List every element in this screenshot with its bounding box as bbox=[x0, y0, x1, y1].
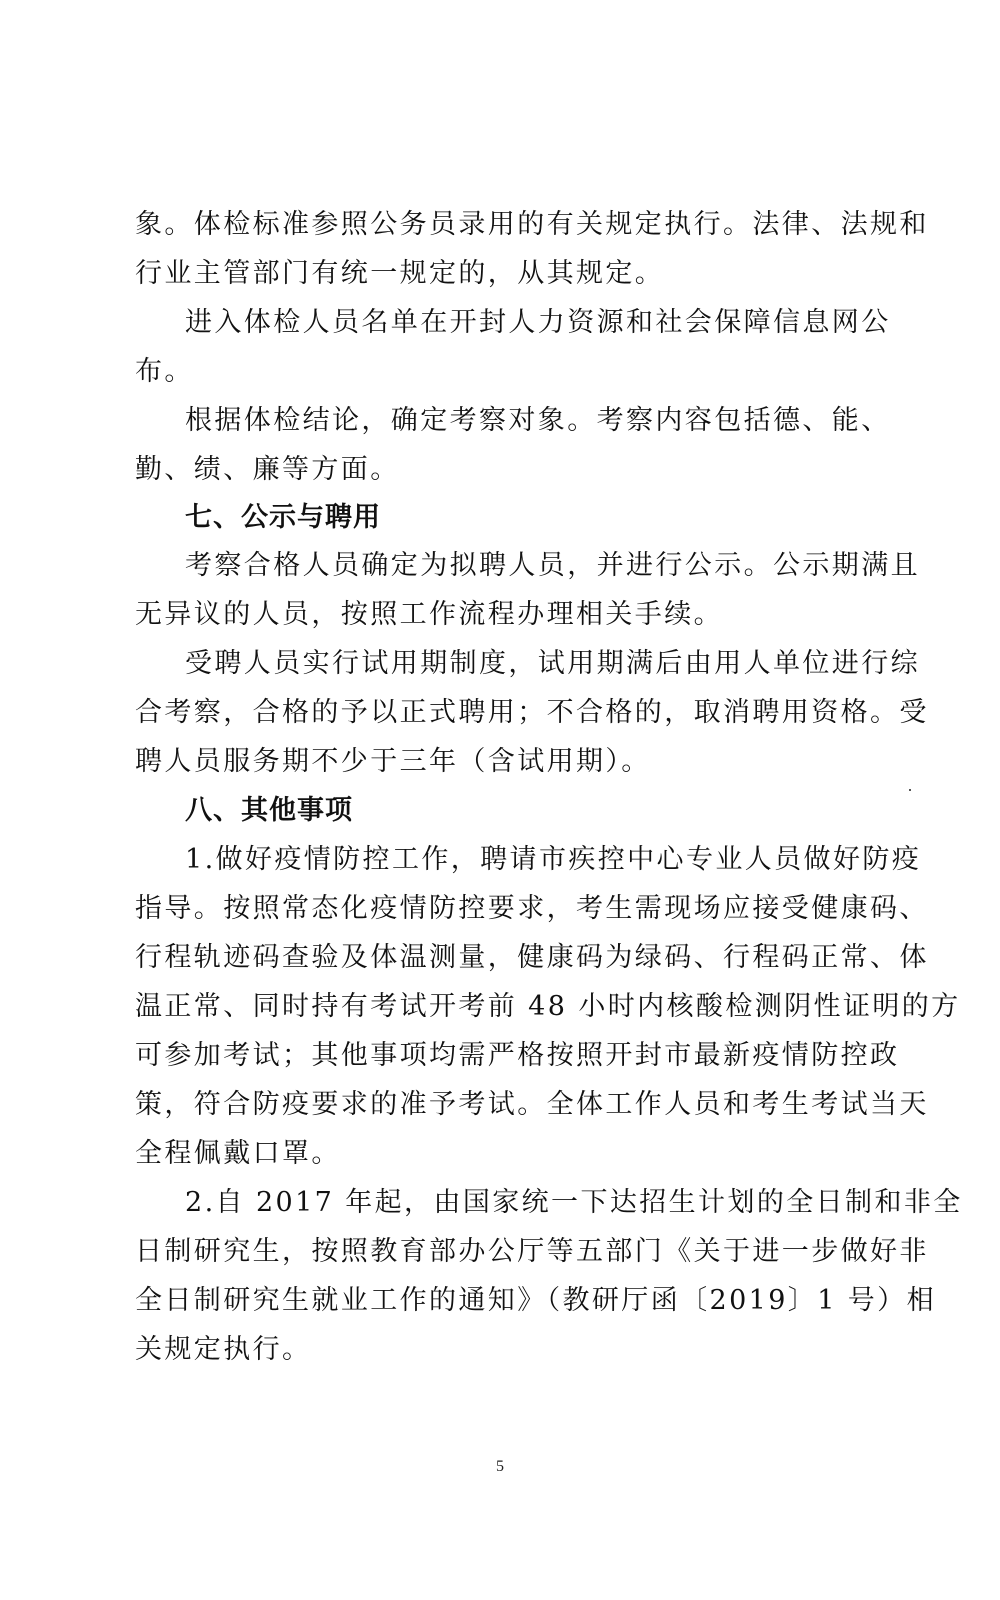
paragraph-line: 布。 bbox=[135, 352, 194, 392]
paragraph-line: 全程佩戴口罩。 bbox=[135, 1134, 341, 1174]
paragraph-line: 根据体检结论，确定考察对象。考察内容包括德、能、 bbox=[185, 401, 891, 441]
page-number: 5 bbox=[0, 1458, 1000, 1476]
section-heading: 七、公示与聘用 bbox=[185, 498, 381, 538]
paragraph-line: 受聘人员实行试用期制度，试用期满后由用人单位进行综 bbox=[185, 644, 920, 684]
paragraph-line: 温正常、同时持有考试开考前 48 小时内核酸检测阴性证明的方 bbox=[135, 987, 961, 1027]
paragraph-line: 无异议的人员，按照工作流程办理相关手续。 bbox=[135, 595, 723, 635]
paragraph-line: 行程轨迹码查验及体温测量，健康码为绿码、行程码正常、体 bbox=[135, 938, 929, 978]
paragraph-line: 合考察，合格的予以正式聘用；不合格的，取消聘用资格。受 bbox=[135, 693, 929, 733]
paragraph-line: 考察合格人员确定为拟聘人员，并进行公示。公示期满且 bbox=[185, 546, 920, 586]
paragraph-line: 策，符合防疫要求的准予考试。全体工作人员和考生考试当天 bbox=[135, 1085, 929, 1125]
paragraph-line: 日制研究生，按照教育部办公厅等五部门《关于进一步做好非 bbox=[135, 1232, 929, 1272]
paragraph-line: 1.做好疫情防控工作，聘请市疾控中心专业人员做好防疫 bbox=[185, 840, 921, 880]
paragraph-line: 全日制研究生就业工作的通知》（教研厅函〔2019〕1 号）相 bbox=[135, 1281, 936, 1321]
scan-artifact-dot bbox=[909, 789, 911, 791]
paragraph-line: 象。体检标准参照公务员录用的有关规定执行。法律、法规和 bbox=[135, 205, 929, 245]
paragraph-line: 关规定执行。 bbox=[135, 1330, 311, 1370]
section-heading: 八、其他事项 bbox=[185, 791, 353, 831]
paragraph-line: 进入体检人员名单在开封人力资源和社会保障信息网公 bbox=[185, 303, 891, 343]
paragraph-line: 指导。按照常态化疫情防控要求，考生需现场应接受健康码、 bbox=[135, 889, 929, 929]
paragraph-line: 勤、绩、廉等方面。 bbox=[135, 450, 400, 490]
paragraph-line: 行业主管部门有统一规定的，从其规定。 bbox=[135, 254, 664, 294]
paragraph-line: 聘人员服务期不少于三年（含试用期）。 bbox=[135, 742, 651, 782]
paragraph-line: 2.自 2017 年起，由国家统一下达招生计划的全日制和非全 bbox=[185, 1183, 963, 1223]
paragraph-line: 可参加考试；其他事项均需严格按照开封市最新疫情防控政 bbox=[135, 1036, 899, 1076]
